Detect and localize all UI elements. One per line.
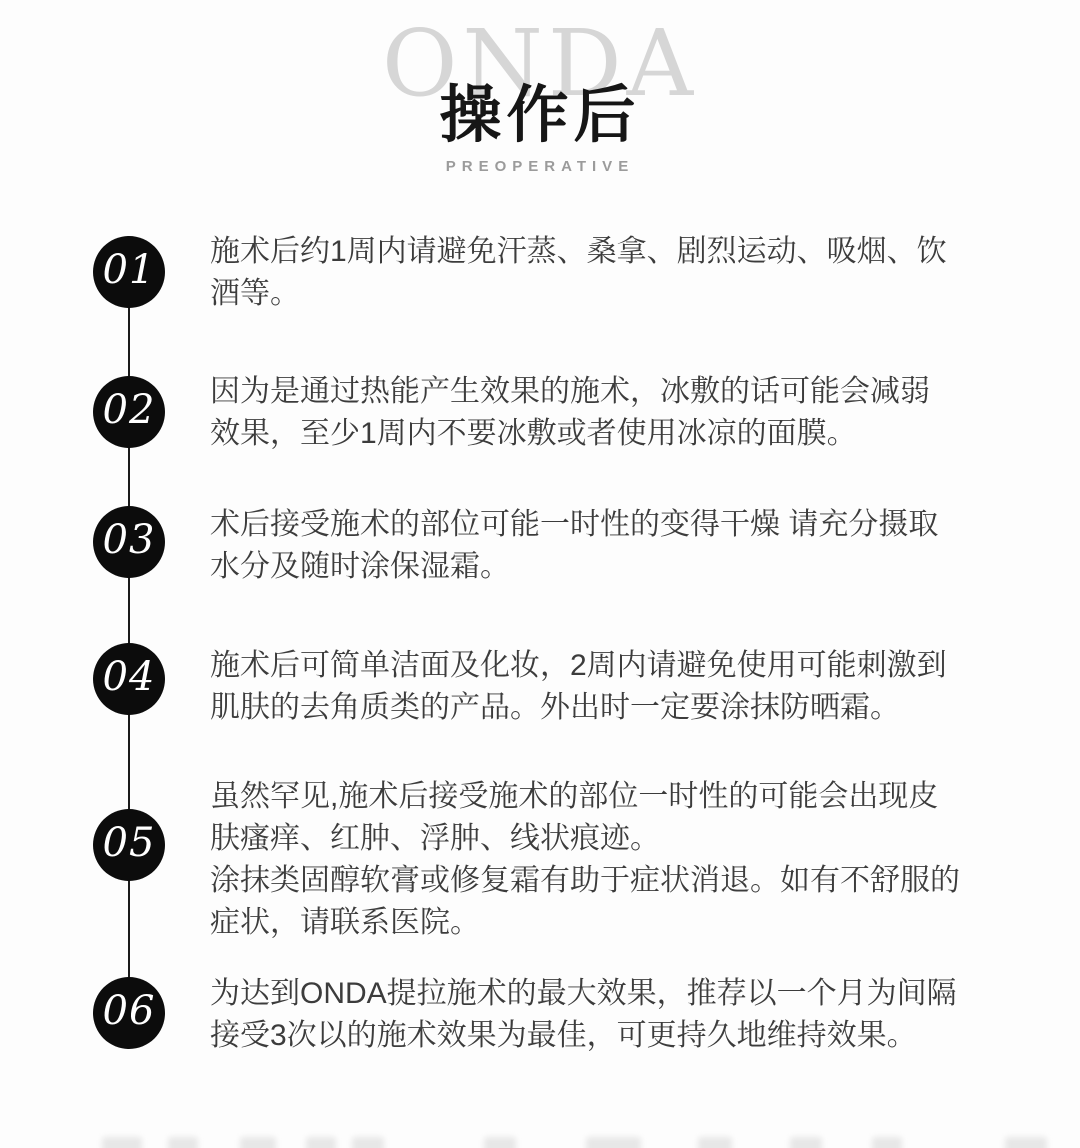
cutoff-text-artifact [168, 1137, 198, 1148]
step-text-line: 肤瘙痒、红肿、浮肿、线状痕迹。 [210, 818, 960, 860]
step-number-badge: 03 [93, 506, 165, 578]
step-text-line: 施术后约1周内请避免汗蒸、桑拿、剧烈运动、吸烟、饮 [210, 231, 947, 273]
step-text: 施术后可简单洁面及化妆，2周内请避免使用可能刺激到 肌肤的去角质类的产品。外出时… [210, 645, 947, 729]
step-number-badge: 05 [93, 809, 165, 881]
step-text-line: 症状，请联系医院。 [210, 902, 960, 944]
cutoff-text-artifact [1005, 1137, 1047, 1148]
infographic-page: ONDA 操作后 PREOPERATIVE 01 施术后约1周内请避免汗蒸、桑拿… [0, 0, 1080, 1148]
cutoff-text-artifact [484, 1137, 516, 1148]
step-text: 施术后约1周内请避免汗蒸、桑拿、剧烈运动、吸烟、饮 酒等。 [210, 231, 947, 315]
step-number: 04 [103, 654, 156, 700]
step-text-line: 水分及随时涂保湿霜。 [210, 546, 938, 588]
cutoff-text-artifact [872, 1137, 902, 1148]
step-number: 05 [103, 820, 156, 866]
step-text-line: 接受3次以的施术效果为最佳，可更持久地维持效果。 [210, 1015, 957, 1057]
step-text-line: 为达到ONDA提拉施术的最大效果，推荐以一个月为间隔 [210, 973, 957, 1015]
step-number: 06 [103, 988, 156, 1034]
step-text-line: 效果，至少1周内不要冰敷或者使用冰凉的面膜。 [210, 413, 930, 455]
step-number-badge: 01 [93, 236, 165, 308]
step-text: 因为是通过热能产生效果的施术，冰敷的话可能会减弱 效果，至少1周内不要冰敷或者使… [210, 371, 930, 455]
page-subtitle: PREOPERATIVE [0, 157, 1080, 177]
step-number-badge: 02 [93, 376, 165, 448]
cutoff-text-artifact [586, 1137, 641, 1148]
step-text-line: 施术后可简单洁面及化妆，2周内请避免使用可能刺激到 [210, 645, 947, 687]
cutoff-text-artifact [352, 1137, 384, 1148]
step-text-line: 肌肤的去角质类的产品。外出时一定要涂抹防晒霜。 [210, 687, 947, 729]
step-text: 虽然罕见,施术后接受施术的部位一时性的可能会出现皮 肤瘙痒、红肿、浮肿、线状痕迹… [210, 776, 960, 944]
cutoff-text-artifact [102, 1137, 142, 1148]
step-text-line: 虽然罕见,施术后接受施术的部位一时性的可能会出现皮 [210, 776, 960, 818]
step-number-badge: 04 [93, 643, 165, 715]
page-title: 操作后 [0, 81, 1080, 151]
step-text: 为达到ONDA提拉施术的最大效果，推荐以一个月为间隔 接受3次以的施术效果为最佳… [210, 973, 957, 1057]
step-text-line: 术后接受施术的部位可能一时性的变得干燥 请充分摄取 [210, 504, 938, 546]
step-text: 术后接受施术的部位可能一时性的变得干燥 请充分摄取 水分及随时涂保湿霜。 [210, 504, 938, 588]
cutoff-text-artifact [306, 1137, 336, 1148]
step-text-line: 酒等。 [210, 273, 947, 315]
step-number: 02 [103, 387, 156, 433]
step-number-badge: 06 [93, 977, 165, 1049]
step-text-line: 因为是通过热能产生效果的施术，冰敷的话可能会减弱 [210, 371, 930, 413]
cutoff-text-artifact [240, 1137, 276, 1148]
step-number: 01 [103, 247, 156, 293]
step-number: 03 [103, 517, 156, 563]
cutoff-text-artifact [790, 1137, 822, 1148]
step-text-line: 涂抹类固醇软膏或修复霜有助于症状消退。如有不舒服的 [210, 860, 960, 902]
cutoff-text-artifact [698, 1137, 732, 1148]
